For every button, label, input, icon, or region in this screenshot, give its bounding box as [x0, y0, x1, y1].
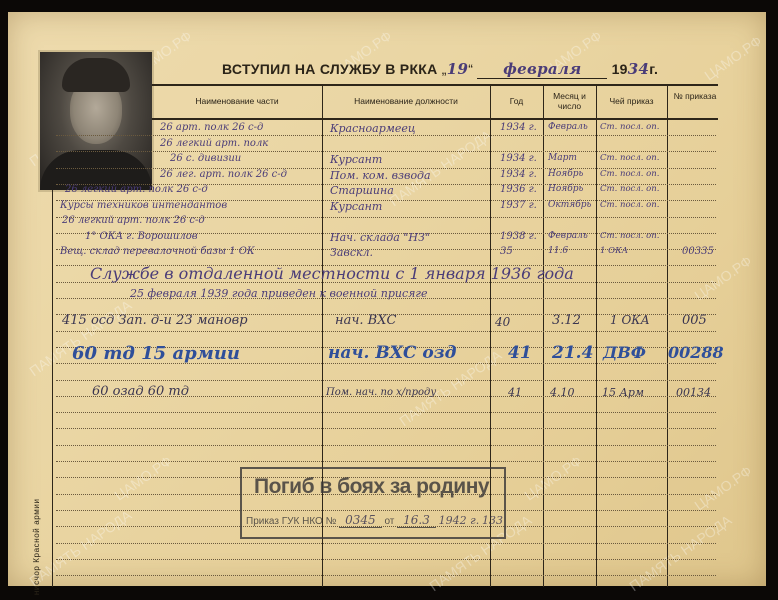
header-date: Месяц и число — [543, 91, 596, 111]
table-cell-order-by: Ст. посл. оп. — [600, 169, 659, 179]
later-order-no: 00288 — [668, 343, 724, 362]
table-cell-unit: 26 арт. полк 26 с-д — [160, 122, 263, 133]
portrait-photo — [38, 50, 154, 192]
table-header-border — [152, 118, 718, 120]
table-cell-unit: 26 с. дивизии — [170, 153, 241, 164]
table-cell-unit: 26 лег. арт. полк 26 с-д — [160, 169, 287, 180]
later-year: 41 — [508, 386, 522, 399]
table-cell-order-no: 00335 — [682, 246, 714, 257]
later-date: 4.10 — [550, 386, 575, 399]
later-date: 21.4 — [552, 343, 593, 363]
table-cell-order-by: Ст. посл. оп. — [600, 122, 659, 132]
header-order-by: Чей приказ — [596, 96, 667, 106]
side-form-label: нисчор Красной армии — [32, 498, 41, 595]
table-cell-year: 1934 г. — [500, 153, 537, 164]
table-cell-position: Пом. ком. взвода — [330, 169, 431, 182]
later-year: 41 — [508, 343, 532, 363]
table-cell-order-by: 1 ОКА — [600, 246, 628, 256]
table-cell-unit: 26 легкий арт. полк 26 с-д — [62, 215, 205, 226]
header-position: Наименование должности — [322, 96, 490, 106]
ruled-line — [56, 461, 716, 462]
table-cell-order-by: Ст. посл. оп. — [600, 231, 659, 241]
table-cell-position: Красноармеец — [330, 122, 416, 135]
later-unit: 415 осд Зап. д-и 23 мановр — [62, 313, 248, 328]
table-cell-order-by: Ст. посл. оп. — [600, 184, 659, 194]
column-divider — [596, 84, 597, 587]
ruled-line — [56, 380, 716, 381]
column-divider — [543, 84, 544, 587]
table-cell-unit: 26 легкий арт. полк — [160, 138, 268, 149]
ruled-line — [56, 331, 716, 332]
table-cell-year: 35 — [500, 246, 513, 257]
table-cell-date: Ноябрь — [548, 184, 583, 194]
table-cell-unit: Курсы техников интендантов — [60, 200, 227, 211]
table-cell-date: Ноябрь — [548, 169, 583, 179]
later-position: нач. ВХС — [335, 313, 396, 328]
ruled-line — [56, 412, 716, 413]
table-cell-date: Февраль — [548, 231, 588, 241]
header-unit: Наименование части — [152, 96, 322, 106]
ruled-line — [56, 445, 716, 446]
table-cell-position: Нач. склада "НЗ" — [330, 231, 430, 244]
table-cell-unit: 1° ОКА г. Ворошилов — [85, 231, 198, 242]
later-order-no: 005 — [682, 313, 707, 328]
stamp-order-line: Приказ ГУК НКО № 0345 от 16.3 1942 г. 13… — [246, 513, 503, 527]
stamp-main-text: Погиб в боях за родину — [254, 475, 489, 499]
header-year: Год — [490, 96, 543, 106]
table-cell-year: 1937 г. — [500, 200, 537, 211]
ruled-line — [56, 428, 716, 429]
table-cell-order-by: Ст. посл. оп. — [600, 200, 659, 210]
later-year: 40 — [495, 315, 510, 329]
table-cell-position: Завскл. — [330, 246, 373, 259]
table-cell-date: Октябрь — [548, 200, 591, 210]
ruled-line — [56, 135, 716, 136]
later-order-by: 15 Арм — [602, 386, 644, 399]
later-order-by: ДВФ — [603, 343, 646, 362]
note-oath: 25 февраля 1939 года приведен к военной … — [130, 287, 427, 300]
killed-in-action-stamp: Погиб в боях за родину Приказ ГУК НКО № … — [240, 467, 506, 539]
table-cell-position: Курсант — [330, 200, 382, 213]
later-unit: 60 озад 60 тд — [92, 384, 189, 399]
left-margin-line — [52, 190, 53, 587]
later-position: нач. ВХС озд — [328, 343, 456, 363]
table-cell-order-by: Ст. посл. оп. — [600, 153, 659, 163]
later-date: 3.12 — [552, 313, 581, 328]
table-cell-year: 1936 г. — [500, 184, 537, 195]
table-cell-position: Курсант — [330, 153, 382, 166]
later-position: Пом. нач. по х/проду — [326, 387, 436, 398]
table-top-border — [152, 84, 718, 86]
later-order-by: 1 ОКА — [610, 313, 650, 327]
later-order-no: 00134 — [676, 386, 711, 399]
table-cell-date: 11.6 — [548, 246, 568, 256]
table-cell-year: 1938 г. — [500, 231, 537, 242]
table-cell-unit: 26 легкий арт. полк 26 с-д — [65, 184, 208, 195]
table-cell-year: 1934 г. — [500, 122, 537, 133]
ruled-line — [56, 543, 716, 544]
page-title: ВСТУПИЛ НА СЛУЖБУ В РККА „19“ февраля 19… — [222, 60, 658, 79]
note-remote-service: Службе в отдаленной местности с 1 января… — [90, 264, 574, 283]
later-unit: 60 тд 15 армии — [72, 343, 240, 364]
table-cell-date: Февраль — [548, 122, 588, 132]
ruled-line — [56, 575, 716, 576]
table-cell-year: 1934 г. — [500, 169, 537, 180]
table-cell-unit: Вещ. склад перевалочной базы 1 ОК — [60, 246, 255, 257]
table-cell-date: Март — [548, 153, 577, 163]
table-cell-position: Старшина — [330, 184, 394, 197]
header-order-no: № приказа — [667, 91, 723, 101]
column-divider — [667, 84, 668, 587]
ruled-line — [56, 559, 716, 560]
